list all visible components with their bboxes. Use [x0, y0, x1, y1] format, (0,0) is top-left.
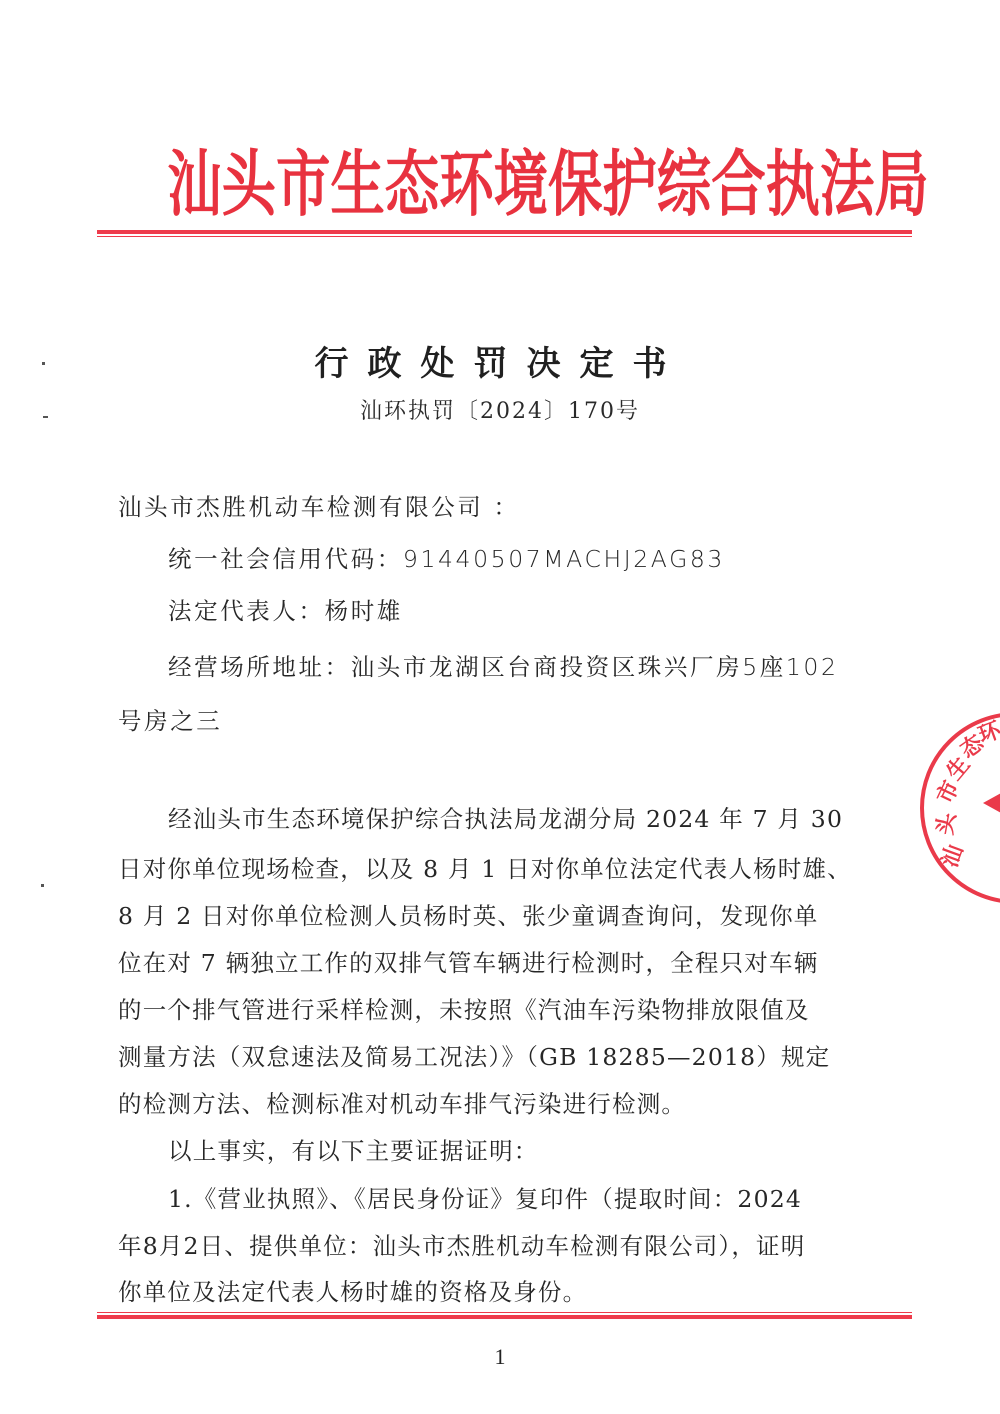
facts-line: 的一个排气管进行采样检测，未按照《汽油车污染物排放限值及: [118, 991, 810, 1025]
footer-red-rule: [97, 1312, 912, 1319]
recipient-address-line-2: 号房之三: [118, 702, 222, 736]
facts-line: 日对你单位现场检查，以及 8 月 1 日对你单位法定代表人杨时雄、: [118, 850, 852, 884]
recipient-name: 汕头市杰胜机动车检测有限公司 ：: [118, 488, 520, 522]
facts-line: 测量方法（双怠速法及简易工况法）》（GB 18285—2018）规定: [118, 1038, 830, 1072]
masthead-red-rule: [97, 230, 912, 237]
evidence-item-line: 你单位及法定代表人杨时雄的资格及身份。: [118, 1273, 587, 1307]
recipient-address-line-1: 经营场所地址：汕头市龙湖区台商投资区珠兴厂房5座102: [168, 648, 839, 682]
document-page: 汕头市生态环境保护综合执法局 行政处罚决定书 汕环执罚〔2024〕170号 汕头…: [0, 0, 1000, 1414]
masthead-organization: 汕头市生态环境保护综合执法局: [100, 135, 915, 236]
document-number: 汕环执罚〔2024〕170号: [0, 394, 1000, 425]
evidence-item-line: 1.《营业执照》、《居民身份证》复印件（提取时间：2024: [168, 1180, 802, 1214]
facts-line: 的检测方法、检测标准对机动车排气污染进行检测。: [118, 1085, 686, 1119]
recipient-legal-representative: 法定代表人：杨时雄: [168, 592, 403, 626]
facts-line: 8 月 2 日对你单位检测人员杨时英、张少童调查询问，发现你单: [118, 897, 819, 931]
recipient-credit-code: 统一社会信用代码：91440507MACHJ2AG83: [168, 540, 725, 574]
seal-star-icon: [983, 792, 1000, 814]
evidence-intro: 以上事实，有以下主要证据证明：: [168, 1132, 539, 1166]
scan-speck: [41, 884, 44, 887]
facts-line: 位在对 7 辆独立工作的双排气管车辆进行检测时，全程只对车辆: [118, 944, 818, 978]
scan-speck: [42, 362, 45, 365]
evidence-item-line: 年8月2日、提供单位：汕头市杰胜机动车检测有限公司），证明: [118, 1227, 805, 1261]
scan-speck: [43, 416, 48, 418]
facts-line: 经汕头市生态环境保护综合执法局龙湖分局 2024 年 7 月 30: [168, 800, 843, 834]
page-number: 1: [0, 1344, 1000, 1370]
document-title: 行政处罚决定书: [0, 336, 1000, 385]
